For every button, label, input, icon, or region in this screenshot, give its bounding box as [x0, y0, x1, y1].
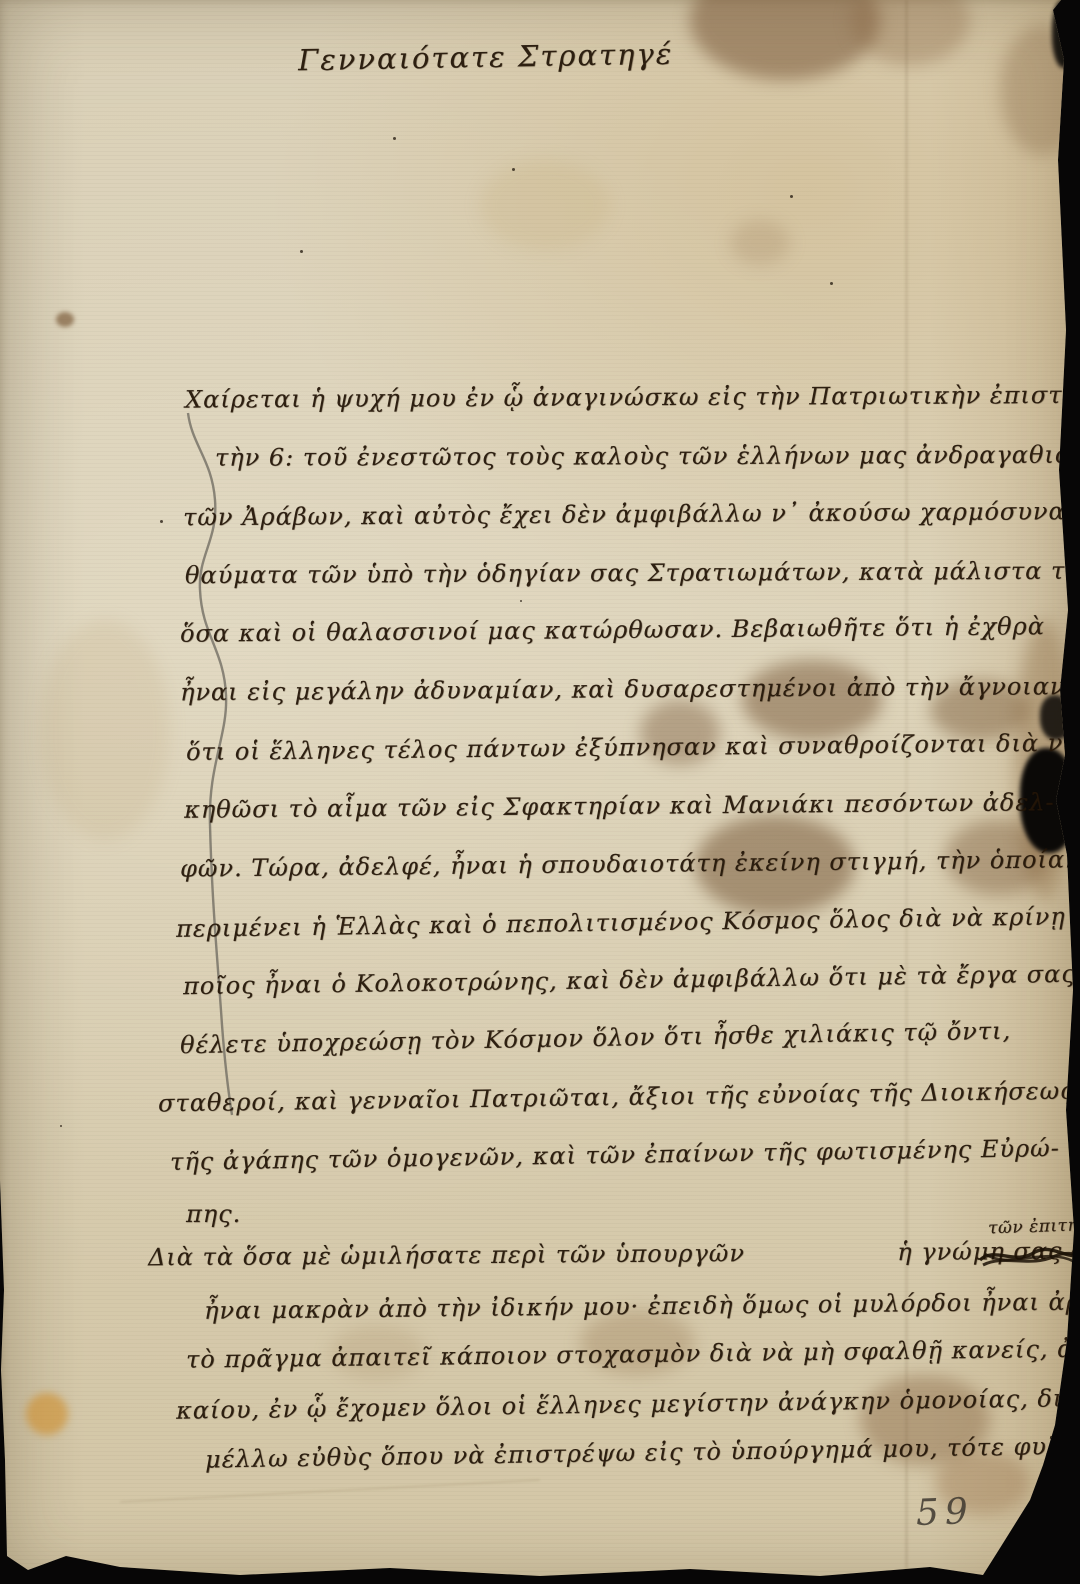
ink-speck	[830, 282, 833, 285]
strikethrough-scribble	[975, 1238, 1080, 1274]
interline-insertion: τῶν ἐπιτηρητῶν	[988, 1213, 1080, 1238]
ink-speck	[300, 250, 303, 253]
handwriting-line: Χαίρεται ἡ ψυχή μου ἐν ᾧ ἀναγινώσκω εἰς …	[185, 380, 1080, 413]
ink-speck	[393, 137, 396, 140]
stain	[56, 312, 74, 327]
strikethrough-gap	[754, 1260, 889, 1261]
handwriting-line: τὴν 6: τοῦ ἐνεστῶτος τοὺς καλοὺς τῶν ἑλλ…	[215, 440, 1080, 471]
handwriting-line: θαύματα τῶν ὑπὸ τὴν ὁδηγίαν σας Στρατιωμ…	[185, 557, 1080, 590]
ink-speck	[160, 520, 163, 523]
document-scan: Γενναιότατε Στρατηγέ Χαίρεται ἡ ψυχή μου…	[0, 0, 1080, 1584]
stain	[40, 620, 170, 840]
orange-spot-stain	[26, 1393, 68, 1435]
paper: Γενναιότατε Στρατηγέ Χαίρεται ἡ ψυχή μου…	[0, 0, 1080, 1584]
stain	[480, 160, 610, 250]
ink-speck	[790, 195, 793, 198]
page-number: 59	[915, 1491, 974, 1534]
handwriting-text: Διὰ τὰ ὅσα μὲ ὡμιλήσατε περὶ τῶν ὑπουργῶ…	[148, 1239, 745, 1271]
ink-speck	[60, 1125, 62, 1127]
letter-salutation: Γενναιότατε Στρατηγέ	[298, 37, 674, 78]
ink-speck	[512, 168, 515, 171]
charred-spot	[1052, 0, 1076, 68]
handwriting-line: πης.	[186, 1200, 241, 1228]
stain	[730, 220, 790, 265]
stain	[1000, 25, 1080, 155]
ink-speck	[520, 600, 522, 602]
